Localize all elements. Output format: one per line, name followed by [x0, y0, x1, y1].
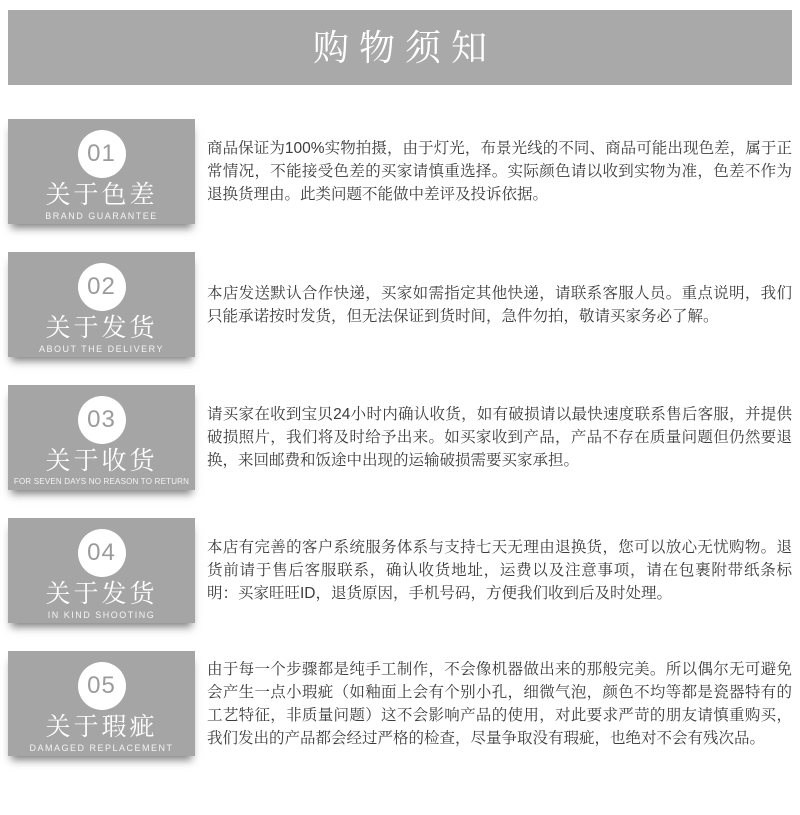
section-number: 04	[87, 539, 116, 567]
section-title: 关于收货	[8, 446, 195, 476]
section-card: 05 关于瑕疵 DAMAGED REPLACEMENT	[8, 651, 195, 756]
section-subtitle: ABOUT THE DELIVERY	[8, 344, 195, 354]
section-title: 关于色差	[8, 180, 195, 210]
section-card: 04 关于发货 IN KIND SHOOTING	[8, 518, 195, 623]
section-subtitle: BRAND GUARANTEE	[8, 211, 195, 221]
section-body: 请买家在收到宝贝24小时内确认收货，如有破损请以最快速度联系售后客服，并提供破损…	[207, 403, 792, 472]
page-header: 购物须知	[8, 10, 792, 85]
notice-section-returns: 04 关于发货 IN KIND SHOOTING 本店有完善的客户系统服务体系与…	[8, 518, 792, 623]
notice-section-flaws: 05 关于瑕疵 DAMAGED REPLACEMENT 由于每一个步骤都是纯手工…	[8, 651, 792, 756]
section-body: 由于每一个步骤都是纯手工制作，不会像机器做出来的那般完美。所以偶尔无可避免会产生…	[207, 658, 792, 750]
notice-section-receiving: 03 关于收货 FOR SEVEN DAYS NO REASON TO RETU…	[8, 385, 792, 490]
section-number: 01	[87, 140, 116, 168]
notice-sections: 01 关于色差 BRAND GUARANTEE 商品保证为100%实物拍摄，由于…	[0, 119, 800, 756]
section-subtitle: IN KIND SHOOTING	[8, 610, 195, 620]
notice-section-color-difference: 01 关于色差 BRAND GUARANTEE 商品保证为100%实物拍摄，由于…	[8, 119, 792, 224]
number-badge: 02	[78, 263, 126, 311]
section-number: 05	[87, 672, 116, 700]
section-card: 02 关于发货 ABOUT THE DELIVERY	[8, 252, 195, 357]
section-card: 03 关于收货 FOR SEVEN DAYS NO REASON TO RETU…	[8, 385, 195, 490]
section-body: 本店有完善的客户系统服务体系与支持七天无理由退换货，您可以放心无忧购物。退货前请…	[207, 536, 792, 605]
section-card: 01 关于色差 BRAND GUARANTEE	[8, 119, 195, 224]
section-title: 关于发货	[8, 313, 195, 343]
section-body: 商品保证为100%实物拍摄，由于灯光，布景光线的不同、商品可能出现色差，属于正常…	[207, 137, 792, 206]
number-badge: 01	[78, 130, 126, 178]
number-badge: 04	[78, 529, 126, 577]
section-number: 03	[87, 406, 116, 434]
section-subtitle: DAMAGED REPLACEMENT	[8, 743, 195, 753]
number-badge: 05	[78, 662, 126, 710]
section-subtitle: FOR SEVEN DAYS NO REASON TO RETURN	[8, 477, 195, 486]
shopping-notice-page: 购物须知 01 关于色差 BRAND GUARANTEE 商品保证为100%实物…	[0, 0, 800, 815]
section-number: 02	[87, 273, 116, 301]
page-title: 购物须知	[303, 30, 497, 66]
number-badge: 03	[78, 396, 126, 444]
section-title: 关于瑕疵	[8, 712, 195, 742]
section-title: 关于发货	[8, 579, 195, 609]
section-body: 本店发送默认合作快递，买家如需指定其他快递，请联系客服人员。重点说明，我们只能承…	[207, 282, 792, 328]
notice-section-shipping: 02 关于发货 ABOUT THE DELIVERY 本店发送默认合作快递，买家…	[8, 252, 792, 357]
